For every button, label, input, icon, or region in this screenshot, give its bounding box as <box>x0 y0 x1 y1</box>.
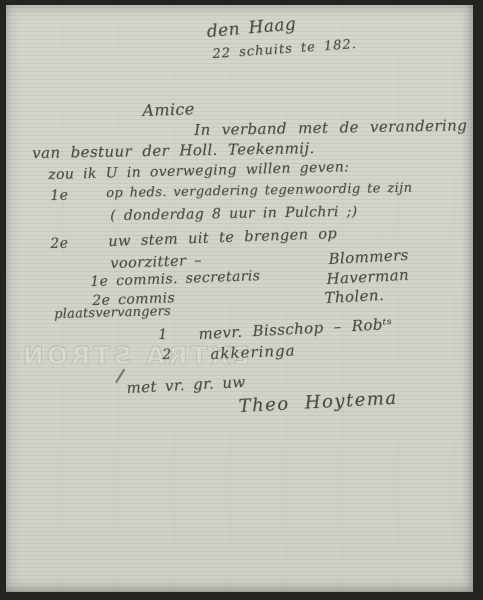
letterhead-date: 22 schuits te 182. <box>212 37 357 62</box>
letter-paper: EXTRA STRONG den Haag 22 schuits te 182.… <box>6 5 473 592</box>
substitute-akkeringa: akkeringa <box>210 341 296 363</box>
salutation: Amice <box>142 99 195 120</box>
role-voorzitter: voorzitter – <box>110 253 202 272</box>
scanned-letter: EXTRA STRONG den Haag 22 schuits te 182.… <box>0 0 483 600</box>
body-line-3: zou ik U in overweging willen geven: <box>48 159 349 183</box>
heading-plaatsvervangers: plaatsvervangers <box>54 304 171 322</box>
candidate-tholen: Tholen. <box>324 286 384 307</box>
item-number-1: 1e <box>50 187 69 204</box>
signature: Theo Hoytema <box>238 388 398 417</box>
substitute-number-1: 1 <box>158 327 168 343</box>
candidate-blommers: Blommers <box>328 246 409 268</box>
substitute-bisschop: mevr. Bisschop – Robᵗˢ <box>198 315 393 343</box>
item-number-2: 2e <box>50 235 69 252</box>
substitute-number-2: 2 <box>162 347 172 363</box>
closing-line: met vr. gr. uw <box>126 373 246 397</box>
body-line-1: In verband met de verandering <box>194 116 467 139</box>
candidate-haverman: Haverman <box>326 266 409 288</box>
item-1-text: op heds. vergadering tegenwoordig te zij… <box>106 181 412 201</box>
body-line-2: van bestuur der Holl. Teekenmij. <box>32 139 315 162</box>
item-2-text: uw stem uit te brengen op <box>108 226 337 250</box>
letterhead-place: den Haag <box>206 14 297 42</box>
item-1-parenthetical: ( donderdag 8 uur in Pulchri ;) <box>110 204 358 224</box>
